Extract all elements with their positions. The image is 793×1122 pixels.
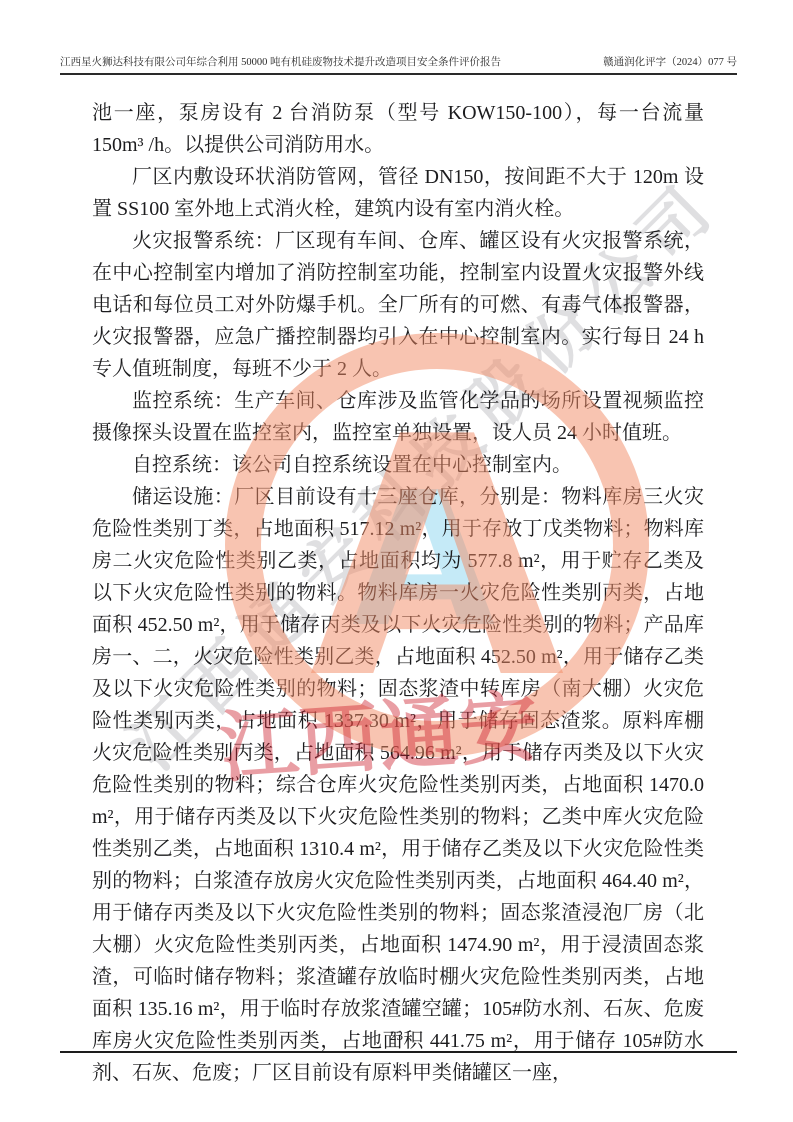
document-page: 江西星火狮达科技有限公司年综合利用 50000 吨有机硅废物技术提升改造项目安全… — [0, 0, 793, 1122]
header-report-title: 江西星火狮达科技有限公司年综合利用 50000 吨有机硅废物技术提升改造项目安全… — [60, 56, 501, 70]
page-number: 23 — [0, 1028, 793, 1044]
page-header: 江西星火狮达科技有限公司年综合利用 50000 吨有机硅废物技术提升改造项目安全… — [60, 56, 737, 75]
body-paragraph: 池一座，泵房设有 2 台消防泵（型号 KOW150-100），每一台流量 150… — [92, 97, 704, 161]
body-paragraph: 监控系统：生产车间、仓库涉及监管化学品的场所设置视频监控摄像探头设置在监控室内，… — [92, 385, 704, 449]
body-paragraph: 自控系统：该公司自控系统设置在中心控制室内。 — [92, 449, 704, 481]
body-paragraph: 火灾报警系统：厂区现有车间、仓库、罐区设有火灾报警系统，在中心控制室内增加了消防… — [92, 225, 704, 385]
header-doc-number: 赣通润化评字（2024）077 号 — [603, 56, 737, 70]
footer-rule — [60, 1051, 737, 1053]
body-paragraph: 厂区内敷设环状消防管网，管径 DN150，按间距不大于 120m 设置 SS10… — [92, 161, 704, 225]
body-paragraph: 储运设施：厂区目前设有十三座仓库，分别是：物料库房三火灾危险性类别丁类，占地面积… — [92, 481, 704, 1089]
body-text: 池一座，泵房设有 2 台消防泵（型号 KOW150-100），每一台流量 150… — [92, 97, 704, 1089]
